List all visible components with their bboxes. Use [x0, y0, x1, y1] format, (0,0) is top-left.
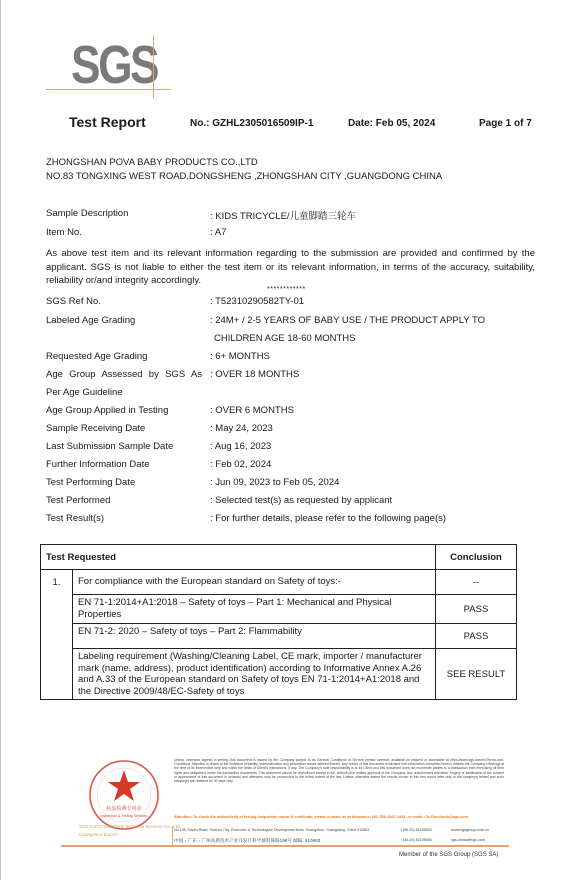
- field-label: Item No.: [46, 227, 206, 238]
- field-label: Test Performing Date: [46, 477, 206, 488]
- star-icon: [108, 770, 140, 801]
- website-link[interactable]: www.sgsgroup.com.cn: [451, 828, 489, 832]
- terms-and-conditions: Unless otherwise agreed in writing, this…: [174, 758, 504, 783]
- field-value: : A7: [210, 227, 550, 238]
- stamp-center-text: 检验检测专用章: [106, 805, 141, 812]
- sgs-group-member: Member of the SGS Group (SGS SA): [399, 852, 498, 858]
- field-label: Age Group Applied in Testing: [46, 405, 206, 416]
- sgs-logo: SGS: [71, 40, 161, 96]
- logo-vertical-rule: [153, 36, 154, 98]
- row-number: 1.: [41, 570, 73, 700]
- test-description: For compliance with the European standar…: [73, 570, 436, 595]
- field-value: : Aug 16, 2023: [210, 441, 550, 452]
- field-value: CHILDREN AGE 18-60 MONTHS: [214, 333, 554, 344]
- separator-stars: ************: [267, 286, 306, 293]
- table-row: Labeling requirement (Washing/Cleaning L…: [41, 649, 517, 700]
- address-english: No.198, Kezhu Road, Science City, Econom…: [174, 828, 369, 832]
- test-requested-table: Test Requested Conclusion 1. For complia…: [40, 544, 517, 700]
- test-conclusion: PASS: [436, 624, 517, 649]
- stamp-english-text: Inspection & Testing Services: [101, 814, 148, 818]
- stamp-caption: SGS-CSTC Standards Technical Services Co…: [79, 824, 181, 829]
- field-value: : Feb 02, 2024: [210, 459, 550, 470]
- applicant-address: NO.83 TONGXING WEST ROAD,DONGSHENG ,ZHON…: [46, 171, 442, 182]
- field-label: Sample Description: [46, 208, 206, 219]
- field-value: : Selected test(s) as requested by appli…: [210, 495, 550, 506]
- report-title: Test Report: [69, 114, 146, 130]
- field-value: : OVER 6 MONTHS: [210, 405, 550, 416]
- field-value: : T52310290582TY-01: [210, 296, 550, 307]
- disclaimer-paragraph: As above test item and its relevant info…: [46, 247, 535, 288]
- table-row: EN 71-2: 2020 – Safety of toys – Part 2:…: [41, 624, 517, 649]
- field-label: Labeled Age Grading: [46, 315, 206, 326]
- report-date: Date: Feb 05, 2024: [348, 118, 435, 129]
- table-row: EN 71-1:2014+A1:2018 – Safety of toys – …: [41, 595, 517, 624]
- table-row: 1. For compliance with the European stan…: [41, 570, 517, 595]
- field-label: Sample Receiving Date: [46, 423, 206, 434]
- company-stamp: 检验检测专用章 Inspection & Testing Services: [87, 758, 161, 832]
- test-conclusion: PASS: [436, 595, 517, 624]
- applicant-name: ZHONGSHAN POVA BABY PRODUCTS CO.,LTD: [46, 157, 258, 168]
- table-header-row: Test Requested Conclusion: [41, 545, 517, 570]
- field-value: : OVER 18 MONTHS: [210, 369, 550, 380]
- test-description: EN 71-1:2014+A1:2018 – Safety of toys – …: [73, 595, 436, 624]
- footer-vertical-rule: [172, 826, 173, 846]
- field-value: : Jun 09, 2023 to Feb 05, 2024: [210, 477, 550, 488]
- telephone: t (86-20) 82155555: [401, 828, 432, 832]
- report-number: No.: GZHL2305016509IP-1: [190, 118, 313, 129]
- authenticity-notice: Attention: To check the authenticity of …: [174, 815, 504, 820]
- footer-horizontal-rule: [61, 845, 509, 847]
- field-label: Age Group Assessed by SGS As: [46, 369, 202, 380]
- field-label: SGS Ref No.: [46, 296, 206, 307]
- header-test-requested: Test Requested: [41, 545, 436, 570]
- stamp-caption-branch: Guangzhou Branch: [79, 832, 118, 837]
- field-label: Requested Age Grading: [46, 351, 206, 362]
- sgs-logo-text: SGS: [71, 34, 157, 96]
- field-value: : KIDS TRICYCLE/儿童脚踏三轮车: [210, 208, 550, 222]
- header-conclusion: Conclusion: [436, 545, 517, 570]
- field-value: : 24M+ / 2-5 YEARS OF BABY USE / THE PRO…: [210, 315, 550, 326]
- test-conclusion: SEE RESULT: [436, 649, 517, 700]
- field-label: Test Result(s): [46, 513, 206, 524]
- field-value: : For further details, please refer to t…: [210, 513, 550, 524]
- field-label: Test Performed: [46, 495, 206, 506]
- field-label: Last Submission Sample Date: [46, 441, 206, 452]
- test-conclusion: --: [436, 570, 517, 595]
- address-chinese: 中国・广东・广州高新技术产业开发区科学城科珠路198号 邮编: 510663: [174, 838, 320, 844]
- field-label: Per Age Guideline: [46, 387, 206, 398]
- test-description: Labeling requirement (Washing/Cleaning L…: [73, 649, 436, 700]
- page-indicator: Page 1 of 7: [479, 118, 532, 129]
- field-value: : 6+ MONTHS: [210, 351, 550, 362]
- test-description: EN 71-2: 2020 – Safety of toys – Part 2:…: [73, 624, 436, 649]
- telephone-alt: t (86-20) 82155555: [401, 838, 432, 842]
- field-value: : May 24, 2023: [210, 423, 550, 434]
- field-label: Further Information Date: [46, 459, 206, 470]
- email-link[interactable]: sgs.china@sgs.com: [451, 838, 485, 842]
